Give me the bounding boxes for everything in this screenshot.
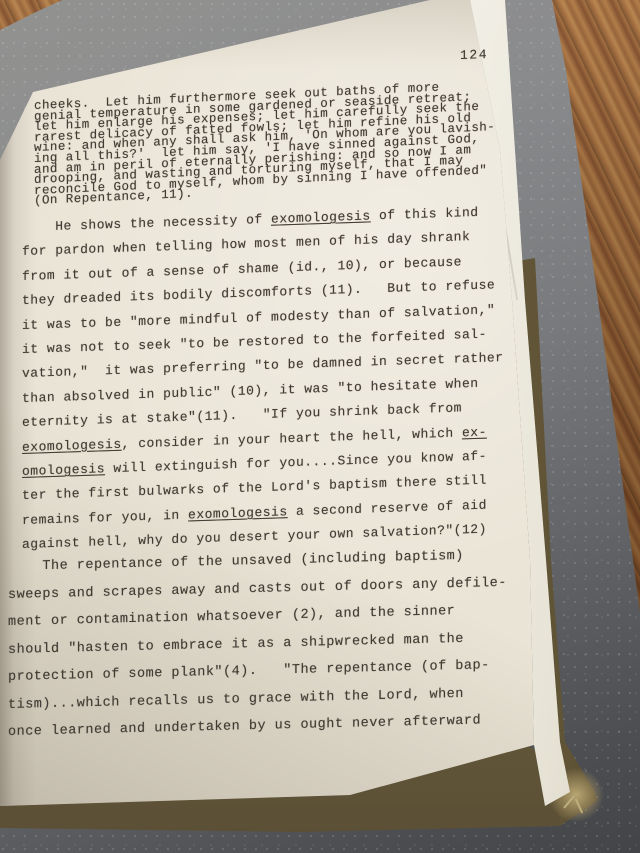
underlined-term: exomologesis <box>188 504 288 522</box>
text-segment: of this kind <box>371 205 479 224</box>
block-quote: cheeks. Let him furthermore seek out bat… <box>34 80 495 207</box>
text-segment: He shows the necessity of <box>22 212 271 235</box>
photo-of-typewritten-book-page: 124 cheeks. Let him furthermore seek out… <box>0 0 640 853</box>
underlined-term: omologesis <box>22 461 105 479</box>
underlined-term: exomologesis <box>22 436 122 454</box>
underlined-term: ex- <box>462 424 487 440</box>
cloth-thread <box>563 795 575 809</box>
text-segment: remains for you, in <box>22 507 188 528</box>
text-segment: a second reserve of aid <box>288 497 487 519</box>
text-segment: once learned and undertaken by us ought … <box>8 713 481 740</box>
cloth-thread <box>575 798 584 813</box>
underlined-term: exomologesis <box>271 208 371 226</box>
text-segment: The repentance of the unsaved (including… <box>8 549 464 575</box>
text-segment: ment or contamination whatsoever (2), an… <box>8 604 455 630</box>
paragraph-2: The repentance of the unsaved (including… <box>8 542 507 747</box>
paragraph-1: He shows the necessity of exomologesis o… <box>22 200 503 558</box>
page-number: 124 <box>460 47 488 63</box>
